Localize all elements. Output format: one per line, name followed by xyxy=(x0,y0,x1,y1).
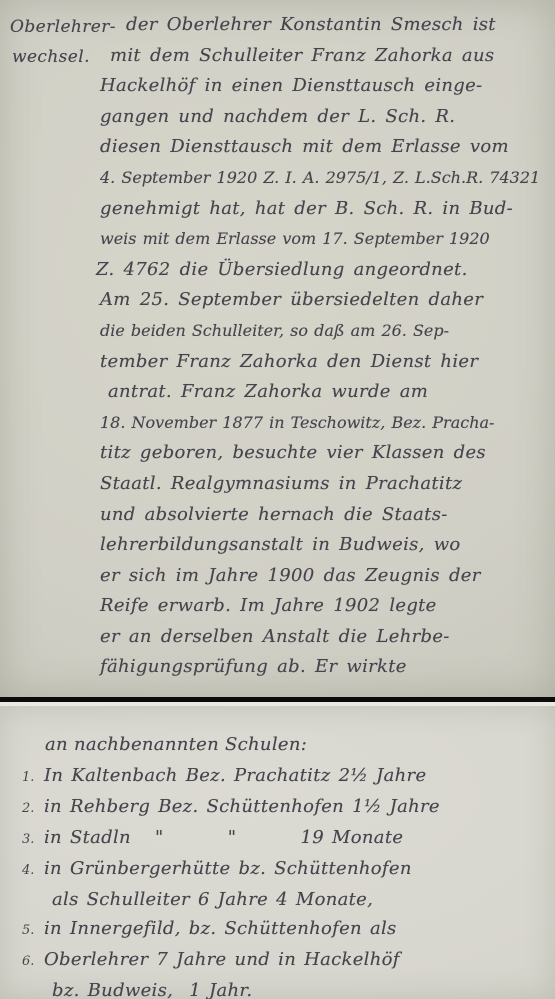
list-item: 5. in Innergefild, bz. Schüttenhofen als xyxy=(0,914,555,945)
scan-fragment-top: Oberlehrer- wechsel. der Oberlehrer Kons… xyxy=(0,0,555,697)
list-item-text: bz. Budweis, 1 Jahr. xyxy=(52,976,252,999)
scan-divider xyxy=(0,697,555,706)
text-line: diesen Diensttausch mit dem Erlasse vom xyxy=(100,132,550,163)
scan-fragment-bottom: an nachbenannten Schulen: 1. In Kaltenba… xyxy=(0,706,555,999)
margin-note: Oberlehrer- wechsel. xyxy=(10,12,106,72)
list-item-continuation: als Schulleiter 6 Jahre 4 Monate, xyxy=(0,885,555,914)
text-line: genehmigt hat, hat der B. Sch. R. in Bud… xyxy=(100,194,550,225)
text-line: Am 25. September übersiedelten daher xyxy=(100,285,550,316)
list-item-text: in Grünbergerhütte bz. Schüttenhofen xyxy=(44,854,412,883)
list-item: 6. Oberlehrer 7 Jahre und in Hackelhöf xyxy=(0,945,555,976)
text-line: Z. 4762 die Übersiedlung angeordnet. xyxy=(96,255,550,286)
text-line: titz geboren, besuchte vier Klassen des xyxy=(100,438,550,469)
list-item: 2. in Rehberg Bez. Schüttenhofen 1½ Jahr… xyxy=(0,792,555,823)
list-intro-line: an nachbenannten Schulen: xyxy=(45,730,555,759)
margin-note-line: wechsel. xyxy=(12,42,106,72)
list-item: 3. in Stadln " " 19 Monate xyxy=(0,823,555,854)
school-list: 1. In Kaltenbach Bez. Prachatitz 2½ Jahr… xyxy=(0,761,555,999)
text-line: weis mit dem Erlasse vom 17. September 1… xyxy=(100,224,550,255)
text-line: Hackelhöf in einen Diensttausch einge- xyxy=(100,71,550,102)
list-item-number: 4. xyxy=(22,856,44,885)
list-item-text: als Schulleiter 6 Jahre 4 Monate, xyxy=(52,885,373,914)
text-line: fähigungsprüfung ab. Er wirkte xyxy=(100,652,550,683)
list-item: 4. in Grünbergerhütte bz. Schüttenhofen xyxy=(0,854,555,885)
list-item-text: in Rehberg Bez. Schüttenhofen 1½ Jahre xyxy=(44,792,440,821)
list-item-text: In Kaltenbach Bez. Prachatitz 2½ Jahre xyxy=(44,761,426,790)
text-line: lehrerbildungsanstalt in Budweis, wo xyxy=(100,530,550,561)
list-item-number: 3. xyxy=(22,825,44,854)
text-line: er an derselben Anstalt die Lehrbe- xyxy=(100,622,550,653)
text-line: die beiden Schulleiter, so daß am 26. Se… xyxy=(100,316,550,347)
text-line: 4. September 1920 Z. I. A. 2975/1, Z. L.… xyxy=(100,163,550,194)
text-line: der Oberlehrer Konstantin Smesch ist xyxy=(100,10,550,41)
scanned-document-page: Oberlehrer- wechsel. der Oberlehrer Kons… xyxy=(0,0,555,999)
text-line: Staatl. Realgymnasiums in Prachatitz xyxy=(100,469,550,500)
text-line: mit dem Schulleiter Franz Zahorka aus xyxy=(100,41,550,72)
text-line: antrat. Franz Zahorka wurde am xyxy=(100,377,550,408)
text-line: tember Franz Zahorka den Dienst hier xyxy=(100,347,550,378)
list-item-number: 5. xyxy=(22,916,44,945)
text-line: Reife erwarb. Im Jahre 1902 legte xyxy=(100,591,550,622)
list-item-number: 6. xyxy=(22,947,44,976)
list-item-text: in Stadln " " 19 Monate xyxy=(44,823,403,852)
margin-note-line: Oberlehrer- xyxy=(10,12,106,42)
list-item-text: in Innergefild, bz. Schüttenhofen als xyxy=(44,914,397,943)
text-line: 18. November 1877 in Teschowitz, Bez. Pr… xyxy=(100,408,550,439)
main-text-block: der Oberlehrer Konstantin Smesch ist mit… xyxy=(100,10,550,683)
list-item-text: Oberlehrer 7 Jahre und in Hackelhöf xyxy=(44,945,400,974)
list-item: 1. In Kaltenbach Bez. Prachatitz 2½ Jahr… xyxy=(0,761,555,792)
list-item-number: 2. xyxy=(22,794,44,823)
text-line: er sich im Jahre 1900 das Zeugnis der xyxy=(100,561,550,592)
text-line: und absolvierte hernach die Staats- xyxy=(100,500,550,531)
list-item-continuation: bz. Budweis, 1 Jahr. xyxy=(0,976,555,999)
text-line: gangen und nachdem der L. Sch. R. xyxy=(100,102,550,133)
list-item-number: 1. xyxy=(22,763,44,792)
